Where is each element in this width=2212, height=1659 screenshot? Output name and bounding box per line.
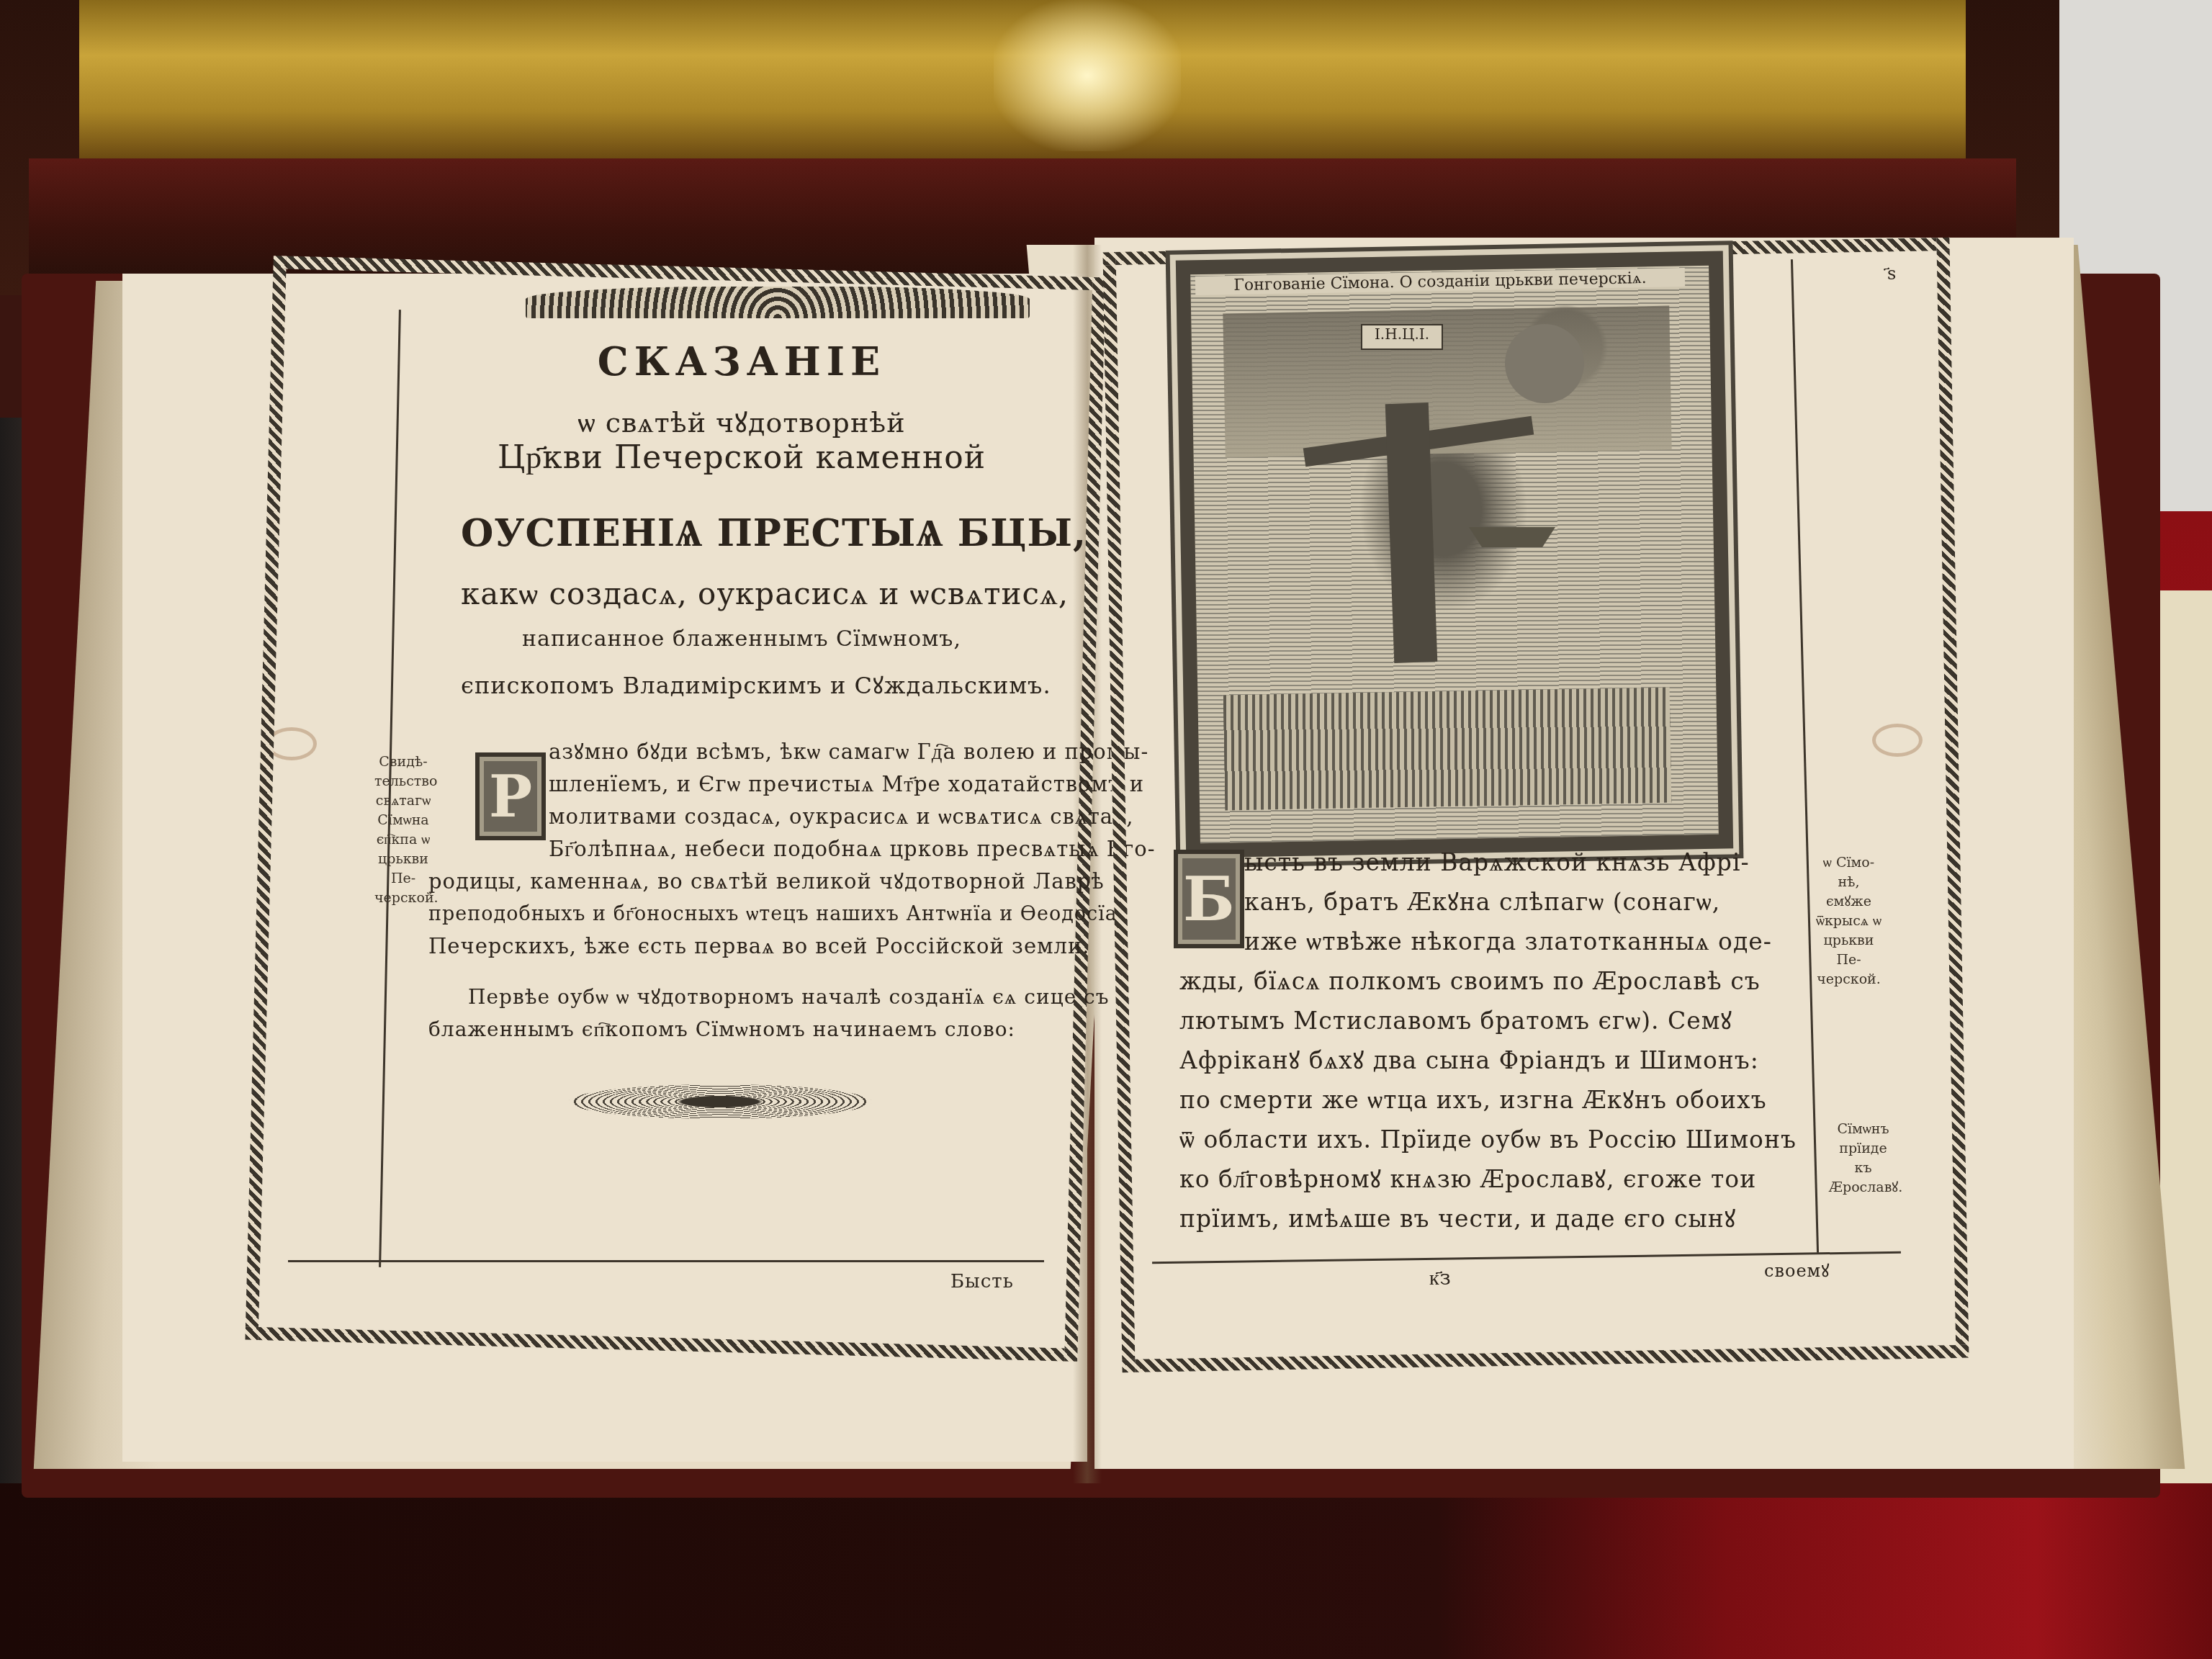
body-line: азꙋмно бꙋди всѣмъ, ѣкѡ самагѡ Гд҇а волею…	[549, 736, 1148, 768]
margin-note-line: Сїмѡнъ	[1829, 1120, 1897, 1139]
drop-cap: Р	[475, 752, 546, 840]
body-line: Афріканꙋ бѧхꙋ два сына Фріандъ и Шимонъ:	[1179, 1040, 1759, 1081]
margin-note-line: Ӕрославꙋ.	[1829, 1178, 1897, 1197]
catchword: Бысть	[950, 1267, 1014, 1296]
body-line: лютымъ Мстиславомъ братомъ єгѡ). Семꙋ	[1179, 1001, 1732, 1041]
margin-note-line: црькви Пе-	[374, 850, 432, 889]
margin-note-line: ѿкрысѧ ѡ	[1815, 912, 1883, 931]
margin-note: Свидѣ- тельство свѧтагѡ Сїмѡна єп҇кпа ѡ …	[374, 752, 432, 908]
body-line: жды, бїѧсѧ полкомъ своимъ по Ӕрославѣ съ	[1179, 961, 1761, 1002]
margin-note-line: Сїмѡна	[374, 811, 432, 830]
margin-note-line: свѧтагѡ	[374, 791, 432, 811]
margin-note-line: черской.	[1815, 970, 1883, 989]
body-line: молитвами создасѧ, оукрасисѧ и ѡсвѧтисѧ …	[549, 801, 1133, 833]
body-line: иже ѡтвѣже нѣкогда златотканныѧ оде-	[1244, 922, 1772, 962]
lectern	[0, 1483, 2212, 1659]
margin-note-line: прїиде къ	[1829, 1139, 1897, 1178]
page-title: СКАЗАНІЕ	[461, 338, 1022, 385]
subtitle-line: написанное блаженнымъ Сїмѡномъ,	[461, 626, 1022, 652]
catchword: своемꙋ	[1764, 1256, 1830, 1285]
margin-note: ѡ Сїмо- нѣ, ємꙋже ѿкрысѧ ѡ црькви Пе- че…	[1815, 853, 1883, 989]
margin-note-line: тельство	[374, 772, 432, 791]
page-number-top: ҃ѕ	[1887, 259, 1897, 288]
floral-headpiece	[526, 287, 1030, 318]
body-line: прїимъ, имѣѧше въ чести, и даде єго сынꙋ	[1179, 1199, 1736, 1239]
subtitle-line: какѡ создасѧ, оукрасисѧ и ѡсвѧтисѧ,	[461, 576, 1037, 612]
subtitle-line: єпископомъ Владимірскимъ и Сꙋждальскимъ.	[461, 670, 1022, 701]
light-glare	[994, 0, 1181, 151]
body-line: канъ, братъ Ӕкꙋна слѣпагѡ (сонагѡ,	[1244, 882, 1720, 922]
engraving-inscription: І.Н.Ц.І.	[1361, 324, 1443, 350]
subtitle-line: Цр҃кви Печерской каменной	[461, 439, 1022, 476]
body-line: родицы, каменнаѧ, во свѧтѣй великой чꙋдо…	[428, 866, 1105, 898]
footer-rule	[288, 1260, 1044, 1262]
drop-cap: Б	[1174, 850, 1244, 948]
body-line: ко бл҃говѣрномꙋ кнѧзю Ӕрославꙋ, єгоже то…	[1179, 1159, 1756, 1200]
margin-note-line: черской.	[374, 889, 432, 908]
body-line: блаженнымъ єп҇копомъ Сїмѡномъ начинаемъ …	[428, 1013, 1015, 1046]
engraving-church-vision	[1505, 324, 1584, 403]
body-line: Печерскихъ, ѣже єсть перваѧ во всей Росс…	[428, 930, 1090, 963]
page-number-bottom: к҃з	[1429, 1264, 1452, 1292]
body-line: Бг҃олѣпнаѧ, небеси подобнаѧ црковь пресв…	[549, 833, 1156, 866]
body-line: Первѣе оубѡ ѡ чꙋдотворномъ началѣ создан…	[468, 981, 1110, 1013]
body-line: ысть въ земли Варѧжской кнѧзь Афрі-	[1244, 842, 1750, 883]
body-line: ѿ области ихъ. Прїиде оубѡ въ Россію Шим…	[1179, 1120, 1797, 1160]
margin-note: Сїмѡнъ прїиде къ Ӕрославꙋ.	[1829, 1120, 1897, 1197]
engraving-ground	[1223, 688, 1672, 811]
margin-note-line: Свидѣ-	[374, 752, 432, 772]
engraving-crucifix-figure	[1385, 403, 1438, 663]
body-line: преподобныхъ и бг҃оносныхъ ѡтецъ нашихъ …	[428, 898, 1118, 930]
margin-note-line: єп҇кпа ѡ	[374, 830, 432, 850]
subtitle-line: ѡ свѧтѣй чꙋдотворнѣй	[461, 403, 1022, 441]
subtitle-line: ОУСПЕНІѦ ПРЕСТЫѦ БЦЫ,	[461, 511, 1037, 555]
margin-note-line: ѡ Сїмо-	[1815, 853, 1883, 873]
body-line: шленїемъ, и Єгѡ пречистыѧ Мт҃ре ходатайс…	[549, 768, 1144, 801]
body-line: по смерти же ѡтца ихъ, изгна Ӕкꙋнъ обоих…	[1179, 1080, 1767, 1120]
margin-note-line: нѣ, ємꙋже	[1815, 873, 1883, 912]
margin-note-line: црькви Пе-	[1815, 931, 1883, 970]
